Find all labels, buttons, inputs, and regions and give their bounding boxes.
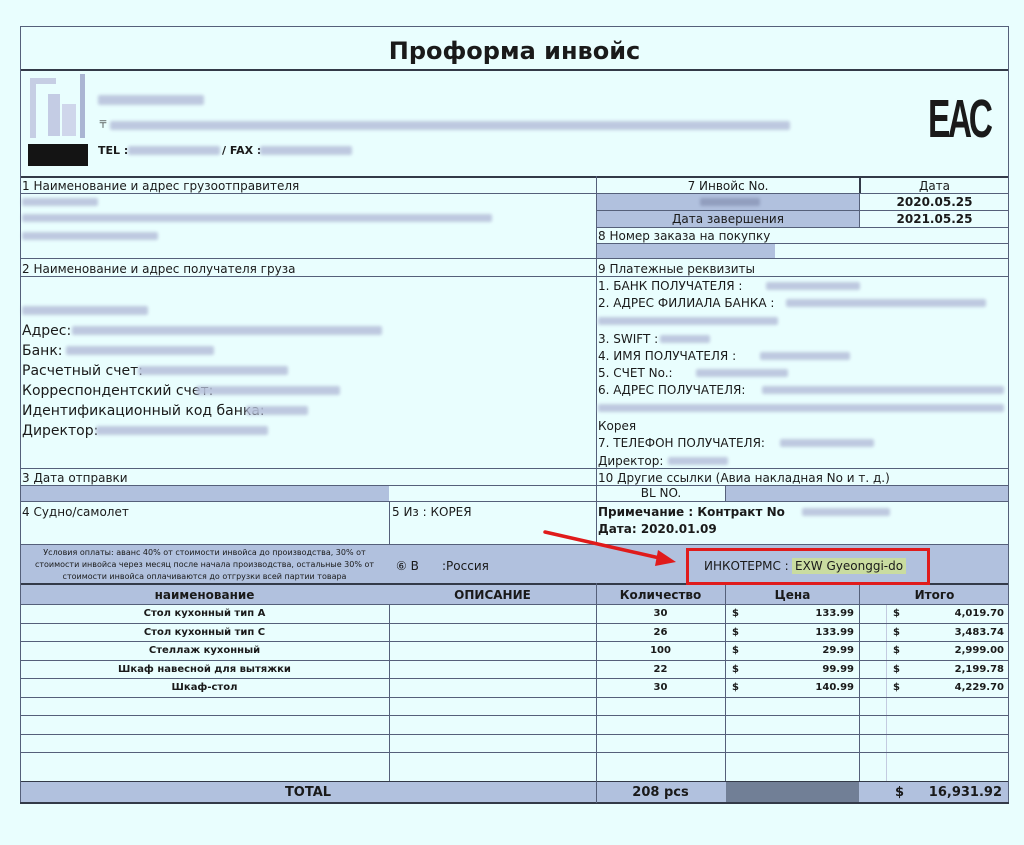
annotation-arrow-icon [0, 0, 1024, 845]
incoterms-highlight-box [686, 548, 930, 585]
